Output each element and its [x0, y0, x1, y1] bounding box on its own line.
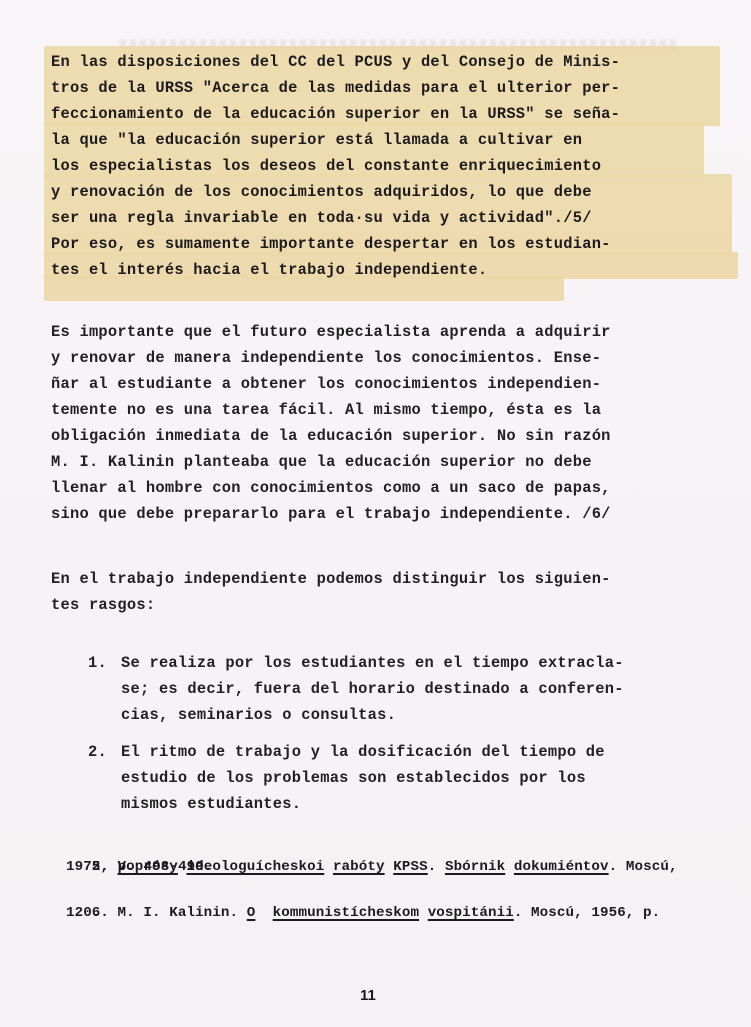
text-line: feccionamiento de la educación superior … [51, 101, 620, 127]
citation-text: . Moscú, 1956, p. [514, 905, 660, 921]
text-line: y renovación de los conocimientos adquir… [51, 179, 592, 205]
text-line: En el trabajo independiente podemos dist… [51, 566, 611, 592]
text-line: Se realiza por los estudiantes en el tie… [121, 650, 624, 676]
text-line: cias, seminarios o consultas. [121, 702, 396, 728]
text-line: El ritmo de trabajo y la dosificación de… [121, 739, 605, 765]
footnote-continuation: 1972, p. 498-499. [66, 859, 212, 876]
text-line: obligación inmediata de la educación sup… [51, 423, 611, 449]
text-line: llenar al hombre con conocimientos como … [51, 475, 611, 501]
text-line: tes el interés hacia el trabajo independ… [51, 257, 487, 283]
citation-text: M. I. Kalinin. [118, 905, 247, 921]
text-line: Por eso, es sumamente importante despert… [51, 231, 611, 257]
underlined-title: vospitánii [428, 905, 514, 921]
underlined-title: KPSS [393, 859, 427, 875]
text-line: mismos estudiantes. [121, 791, 301, 817]
citation-text [385, 859, 394, 875]
text-line: M. I. Kalinin planteaba que la educación… [51, 449, 592, 475]
citation-text: . [428, 859, 445, 875]
text-line: tros de la URSS "Acerca de las medidas p… [51, 75, 620, 101]
list-number: 2. [88, 739, 107, 765]
text-line: En las disposiciones del CC del PCUS y d… [51, 49, 620, 75]
citation-text [505, 859, 514, 875]
text-line: ser una regla invariable en toda·su vida… [51, 205, 592, 231]
citation-text: . Moscú, [609, 859, 678, 875]
footnote-6: 6. M. I. Kalinin. O kommunistícheskom vo… [40, 888, 660, 939]
text-line: ñar al estudiante a obtener los conocimi… [51, 371, 601, 397]
underlined-title: rabóty [333, 859, 385, 875]
underlined-title: Sbórnik [445, 859, 505, 875]
list-number: 1. [88, 650, 107, 676]
footnote-continuation: 120. [66, 905, 100, 922]
citation-text [419, 905, 428, 921]
text-line: sino que debe prepararlo para el trabajo… [51, 501, 611, 527]
text-line: Es importante que el futuro especialista… [51, 319, 611, 345]
text-line: temente no es una tarea fácil. Al mismo … [51, 397, 601, 423]
text-line: estudio de los problemas son establecido… [121, 765, 586, 791]
text-line: tes rasgos: [51, 592, 155, 618]
underlined-title: dokumiéntov [514, 859, 609, 875]
document-page: En las disposiciones del CC del PCUS y d… [0, 0, 751, 1027]
text-line: la que "la educación superior está llama… [51, 127, 582, 153]
citation-text [324, 859, 333, 875]
footnote-citation: M. I. Kalinin. O kommunistícheskom vospi… [109, 905, 660, 921]
text-line: los especialistas los deseos del constan… [51, 153, 601, 179]
text-line: se; es decir, fuera del horario destinad… [121, 676, 624, 702]
underlined-title: kommunistícheskom [273, 905, 419, 921]
text-line: y renovar de manera independiente los co… [51, 345, 601, 371]
page-number: 11 [360, 987, 376, 1004]
citation-text [255, 905, 272, 921]
